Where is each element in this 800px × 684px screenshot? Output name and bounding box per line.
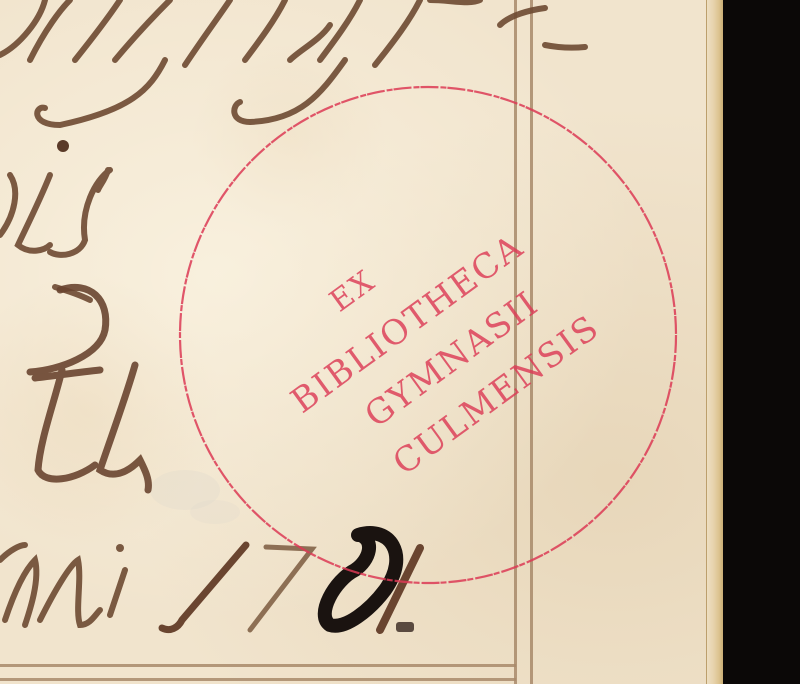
ink-layer: EX BIBLIOTHECA GYMNASII CULMENSIS	[0, 0, 722, 684]
handwriting-line-3	[30, 287, 148, 490]
paper-page: EX BIBLIOTHECA GYMNASII CULMENSIS	[0, 0, 722, 684]
handwriting-date-line	[0, 544, 125, 625]
year-1781	[162, 533, 420, 632]
library-stamp: EX BIBLIOTHECA GYMNASII CULMENSIS	[180, 87, 676, 583]
handwriting-line-2	[0, 170, 110, 300]
digit-1	[162, 545, 246, 630]
paper-edge	[706, 0, 723, 684]
handwriting-line-1	[0, 0, 585, 125]
stamp-line-ex: EX	[324, 263, 383, 319]
document-photo: EX BIBLIOTHECA GYMNASII CULMENSIS 1781	[0, 0, 800, 684]
period-mark	[396, 622, 414, 632]
handwriting-dot	[57, 140, 69, 152]
digit-7	[250, 547, 312, 630]
